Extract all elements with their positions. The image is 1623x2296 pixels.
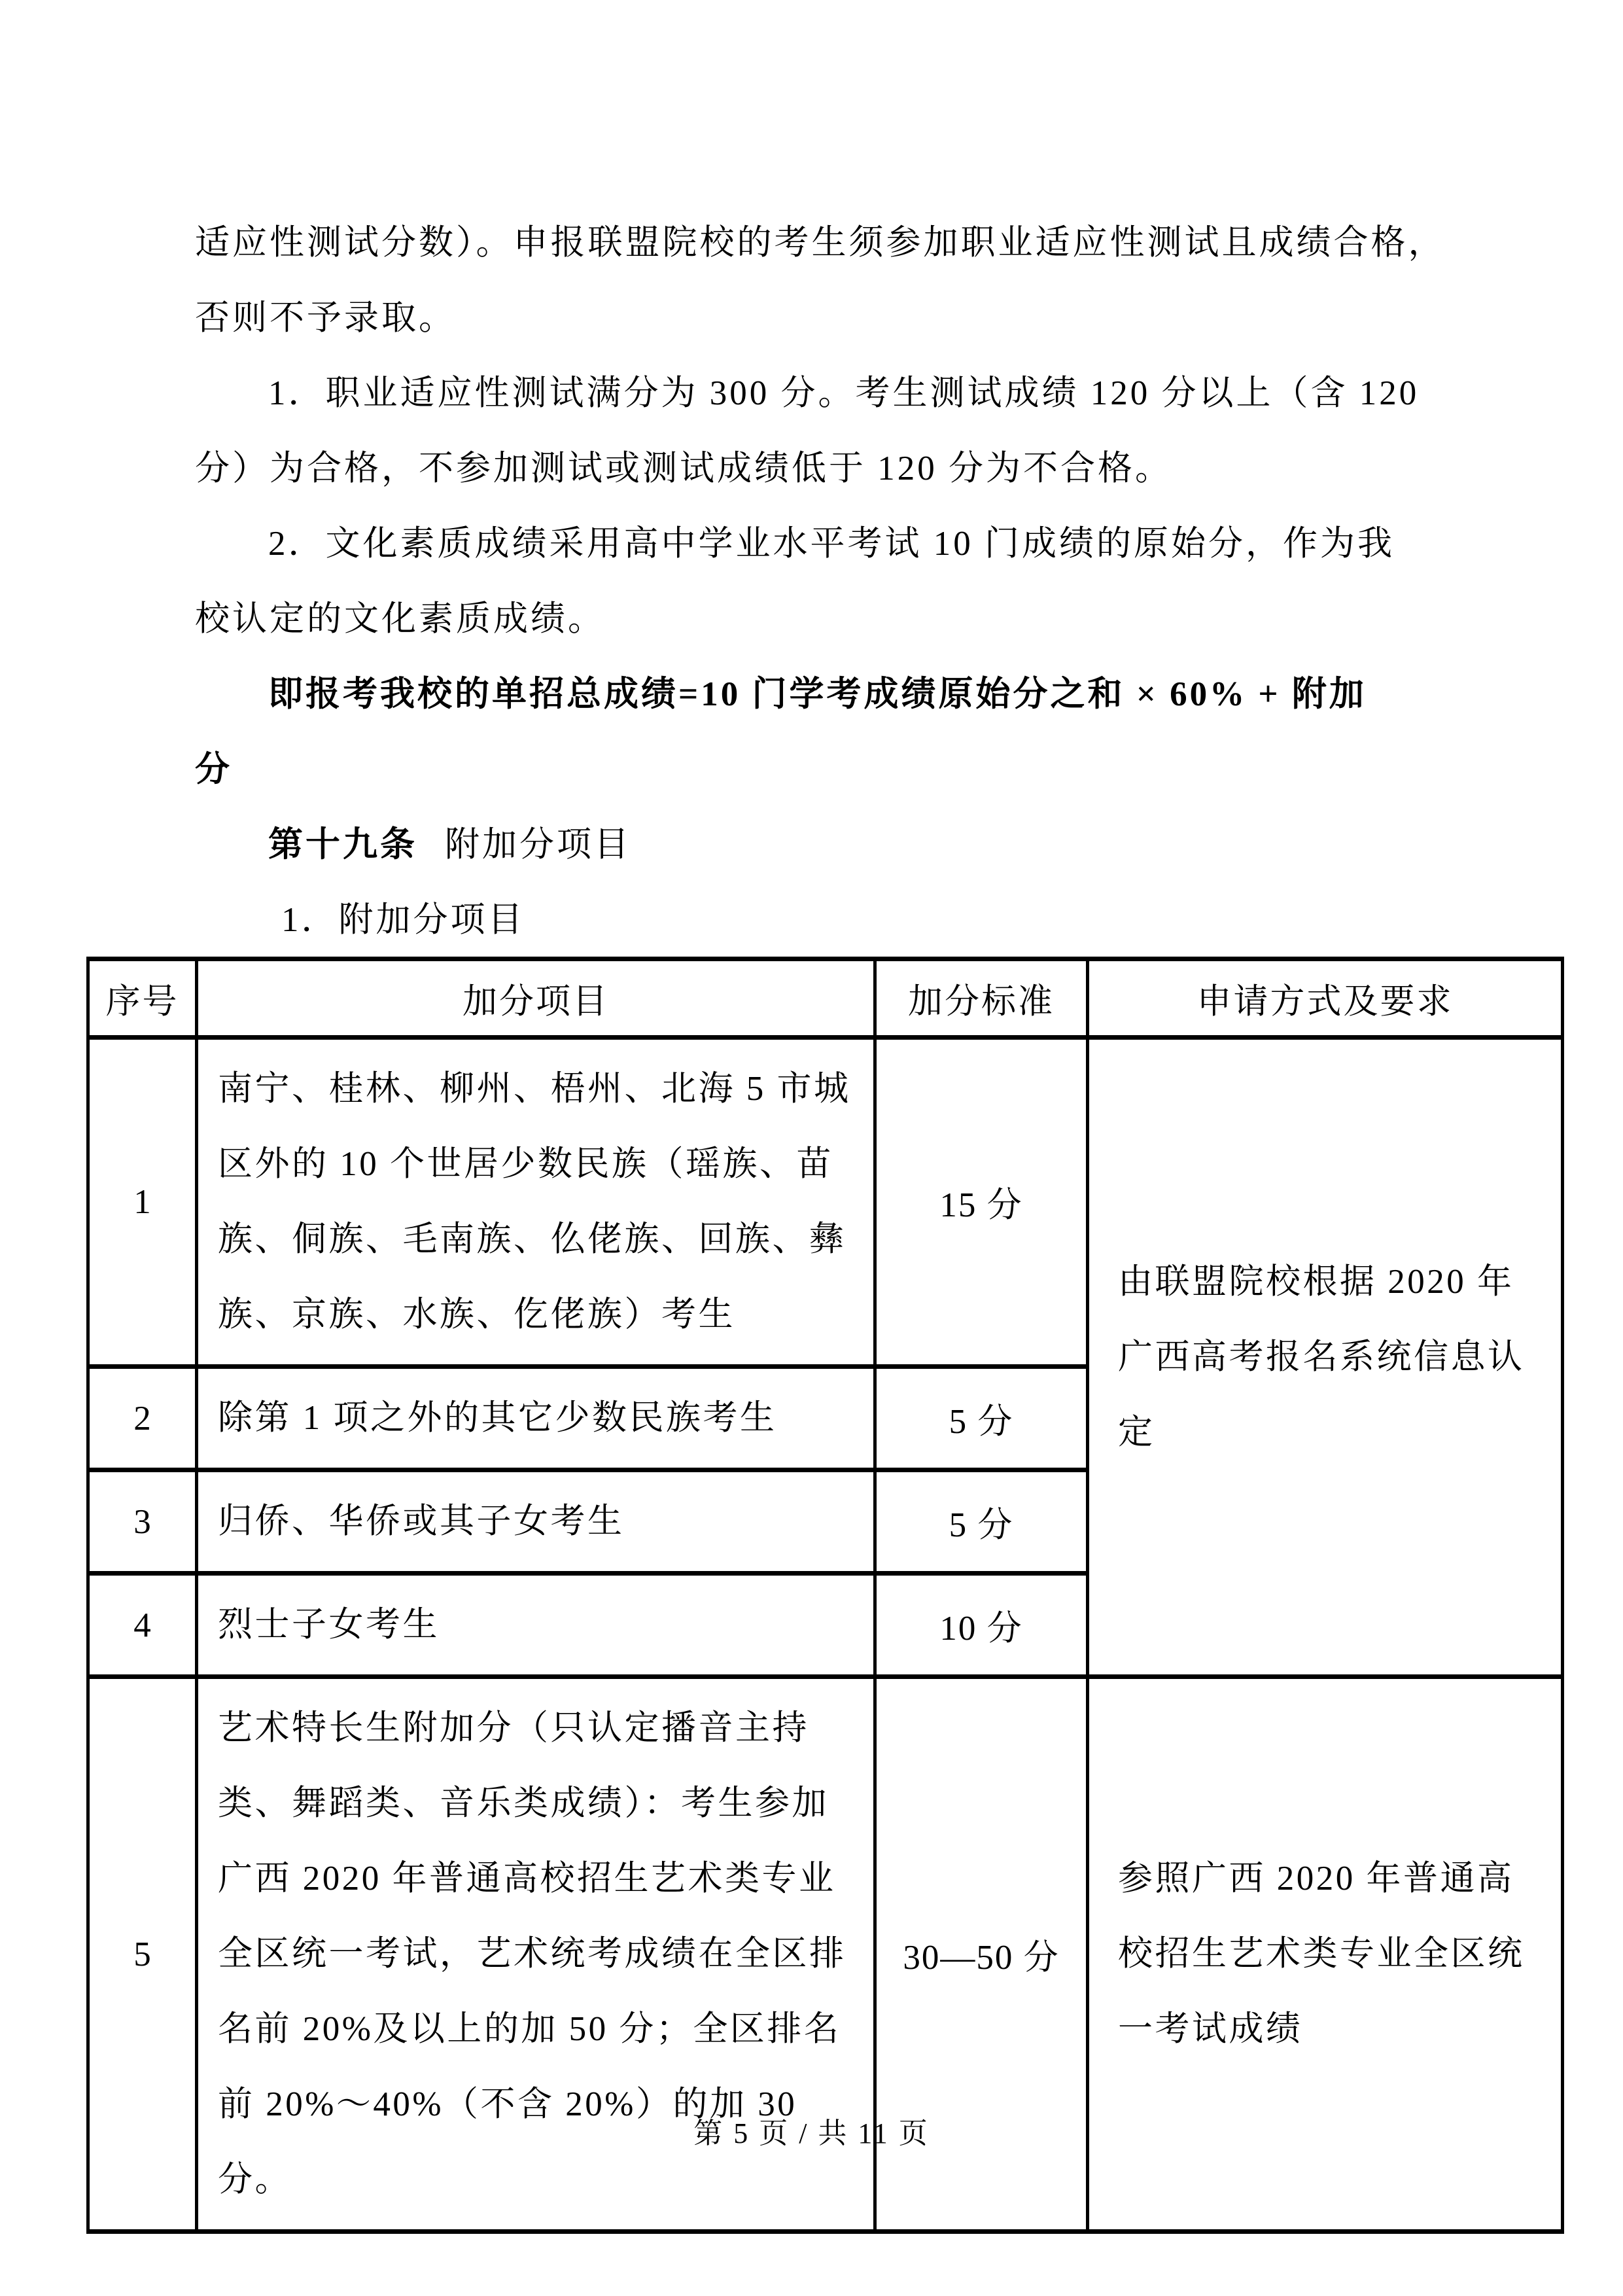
article-heading: 第十九条附加分项目 (195, 807, 1457, 883)
row-4-item: 烈士子女考生 (197, 1574, 875, 1677)
list-item-line: 1．附加分项目 (195, 883, 1457, 958)
paragraph-line: 校认定的文化素质成绩。 (195, 582, 1457, 657)
body-text: 适应性测试分数）。申报联盟院校的考生须参加职业适应性测试且成绩合格， 否则不予录… (195, 205, 1457, 958)
table-header-row: 序号 加分项目 加分标准 申请方式及要求 (88, 959, 1563, 1038)
article-title: 附加分项目 (445, 826, 631, 864)
row-2-item: 除第 1 项之外的其它少数民族考生 (197, 1367, 875, 1470)
column-header-standard: 加分标准 (875, 959, 1088, 1038)
row-1-item: 南宁、桂林、柳州、梧州、北海 5 市城区外的 10 个世居少数民族（瑶族、苗族、… (197, 1038, 875, 1367)
row-4-standard: 10 分 (875, 1574, 1088, 1677)
table-row: 1 南宁、桂林、柳州、梧州、北海 5 市城区外的 10 个世居少数民族（瑶族、苗… (88, 1038, 1563, 1367)
bonus-points-table: 序号 加分项目 加分标准 申请方式及要求 1 南宁、桂林、柳州、梧州、北海 5 … (86, 957, 1564, 2234)
row-1-standard: 15 分 (875, 1038, 1088, 1367)
column-header-item: 加分项目 (197, 959, 875, 1038)
paragraph-line: 2．文化素质成绩采用高中学业水平考试 10 门成绩的原始分，作为我 (195, 506, 1457, 582)
row-4-no: 4 (88, 1574, 197, 1677)
row-3-standard: 5 分 (875, 1470, 1088, 1574)
page-number-footer: 第 5 页 / 共 11 页 (0, 2110, 1623, 2151)
document-page: 适应性测试分数）。申报联盟院校的考生须参加职业适应性测试且成绩合格， 否则不予录… (0, 0, 1623, 2296)
column-header-requirements: 申请方式及要求 (1088, 959, 1563, 1038)
article-number: 第十九条 (268, 826, 417, 864)
column-header-no: 序号 (88, 959, 197, 1038)
row-2-no: 2 (88, 1367, 197, 1470)
row-1-no: 1 (88, 1038, 197, 1367)
formula-line: 即报考我校的单招总成绩=10 门学考成绩原始分之和 × 60% + 附加 (195, 657, 1457, 732)
paragraph-line: 1．职业适应性测试满分为 300 分。考生测试成绩 120 分以上（含 120 (195, 356, 1457, 431)
paragraph-line: 分）为合格，不参加测试或测试成绩低于 120 分为不合格。 (195, 431, 1457, 506)
row-3-item: 归侨、华侨或其子女考生 (197, 1470, 875, 1574)
row-2-standard: 5 分 (875, 1367, 1088, 1470)
paragraph-line: 否则不予录取。 (195, 281, 1457, 356)
formula-line-continuation: 分 (195, 732, 1457, 807)
requirements-rows-1-4: 由联盟院校根据 2020 年广西高考报名系统信息认定 (1088, 1038, 1563, 1677)
paragraph-line: 适应性测试分数）。申报联盟院校的考生须参加职业适应性测试且成绩合格， (195, 205, 1457, 281)
row-3-no: 3 (88, 1470, 197, 1574)
